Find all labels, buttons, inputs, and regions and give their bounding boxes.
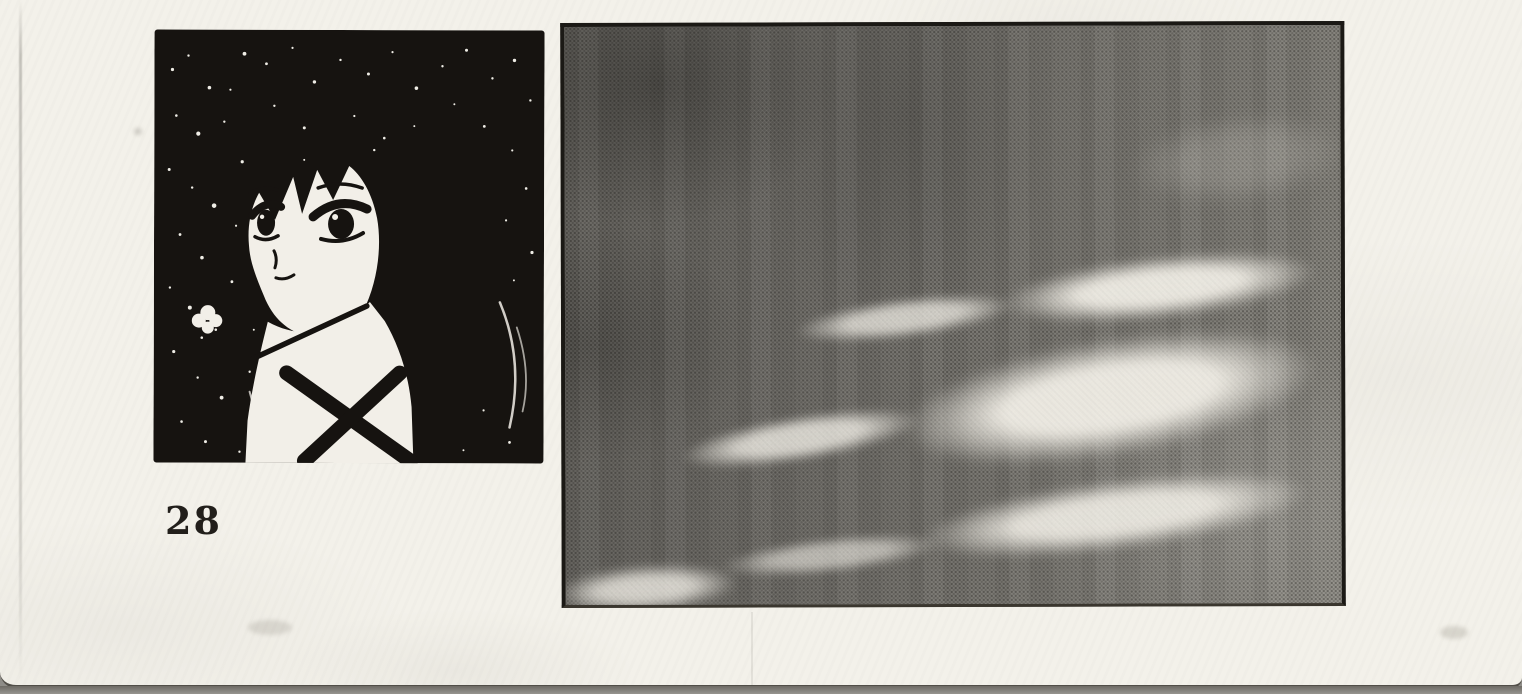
page-number: 28 (165, 498, 222, 543)
paper-stain (1440, 626, 1468, 639)
scanner-bottom-edge (0, 686, 1522, 694)
manga-girl-illustration (153, 29, 544, 463)
paper-background: 28 (0, 0, 1522, 688)
paper-crease (751, 612, 753, 686)
paper-stain (248, 620, 292, 635)
scanned-book-page: 28 (0, 0, 1522, 694)
left-page-crease (19, 0, 22, 682)
film-grain (564, 25, 1342, 605)
paper-stain (134, 128, 142, 135)
sky-photo-panel (560, 21, 1346, 608)
halftone-photo (564, 25, 1342, 605)
manga-portrait-panel (153, 29, 544, 463)
